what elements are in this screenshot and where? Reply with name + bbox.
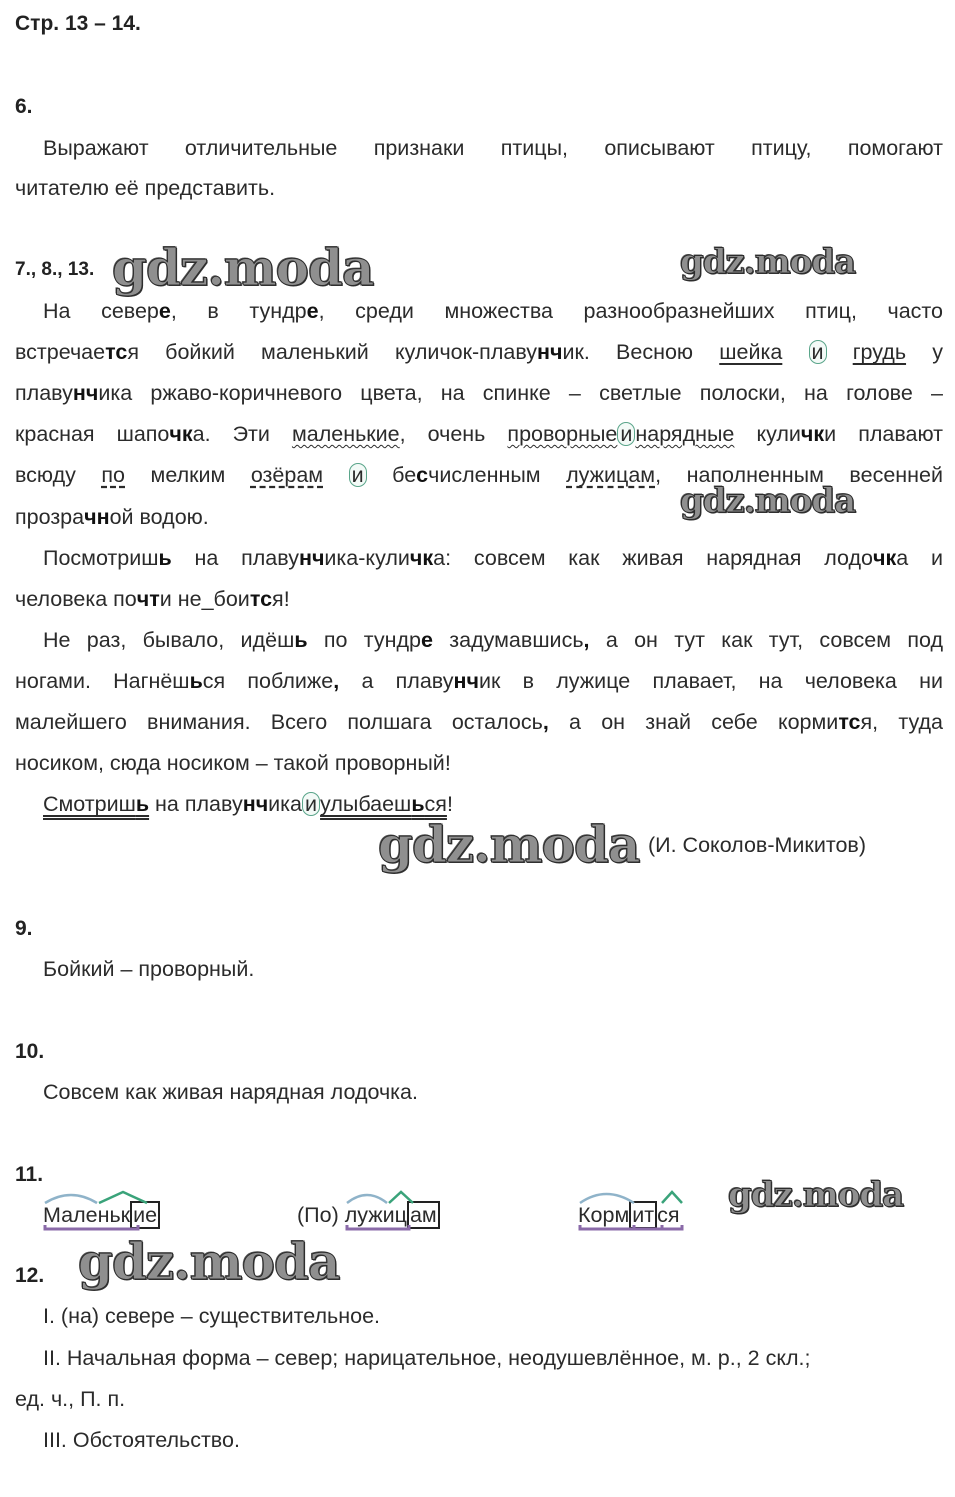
task-10-number: 10. — [15, 1040, 44, 1064]
task-12-line-2: II. Начальная форма – север; нарицательн… — [43, 1346, 810, 1371]
watermark: gdz.moda — [378, 815, 639, 874]
task-9-number: 9. — [15, 917, 33, 941]
task-12-line-4: III. Обстоятельство. — [43, 1428, 240, 1453]
watermark: gdz.moda — [728, 1175, 903, 1215]
task-6-number: 6. — [15, 95, 33, 119]
text-line: встречается бойкий маленький куличок-пла… — [15, 340, 943, 365]
task-6-line-2: читателю её представить. — [15, 176, 943, 201]
text-line: носиком, сюда носиком – такой проворный! — [15, 751, 943, 776]
text-line: ногами. Нагнёшься поближе, а плавунчик в… — [15, 669, 943, 694]
text-line: красная шапочка. Эти маленькие, очень пр… — [15, 422, 943, 447]
watermark: gdz.moda — [78, 1232, 339, 1291]
watermark: gdz.moda — [680, 481, 855, 521]
task-10-answer: Совсем как живая нарядная лодочка. — [43, 1080, 418, 1105]
text-line: плавунчика ржаво-коричневого цвета, на с… — [15, 381, 943, 406]
text-line: малейшего внимания. Всего полшага остало… — [15, 710, 943, 735]
text-line: человека почти не_боится! — [15, 587, 943, 612]
task-6-line-1: Выражают отличительные признаки птицы, о… — [15, 136, 943, 161]
watermark: gdz.moda — [112, 238, 373, 297]
morpheme-word-3: Кормится — [578, 1203, 680, 1228]
task-12-line-3: ед. ч., П. п. — [15, 1387, 125, 1412]
text-line: Посмотришь на плавунчика-куличка: совсем… — [15, 546, 943, 571]
task-12-number: 12. — [15, 1264, 44, 1288]
task-9-answer: Бойкий – проворный. — [43, 957, 254, 982]
text-line: Не раз, бывало, идёшь по тундре задумавш… — [15, 628, 943, 653]
text-line: Смотришь на плавунчикаиулыбаешься! — [43, 792, 955, 817]
morpheme-word-2: (По) лужицам — [297, 1203, 440, 1228]
task-12-line-1: I. (на) севере – существительное. — [43, 1304, 380, 1329]
task-11-number: 11. — [15, 1163, 43, 1187]
task-7-number: 7., 8., 13. — [15, 259, 94, 281]
morpheme-word-1: Маленькие — [43, 1203, 160, 1228]
author-credit: (И. Соколов-Микитов) — [648, 833, 866, 858]
text-line: На севере, в тундре, среди множества раз… — [15, 299, 943, 324]
watermark: gdz.moda — [680, 242, 855, 282]
page-title: Стр. 13 – 14. — [15, 12, 141, 36]
